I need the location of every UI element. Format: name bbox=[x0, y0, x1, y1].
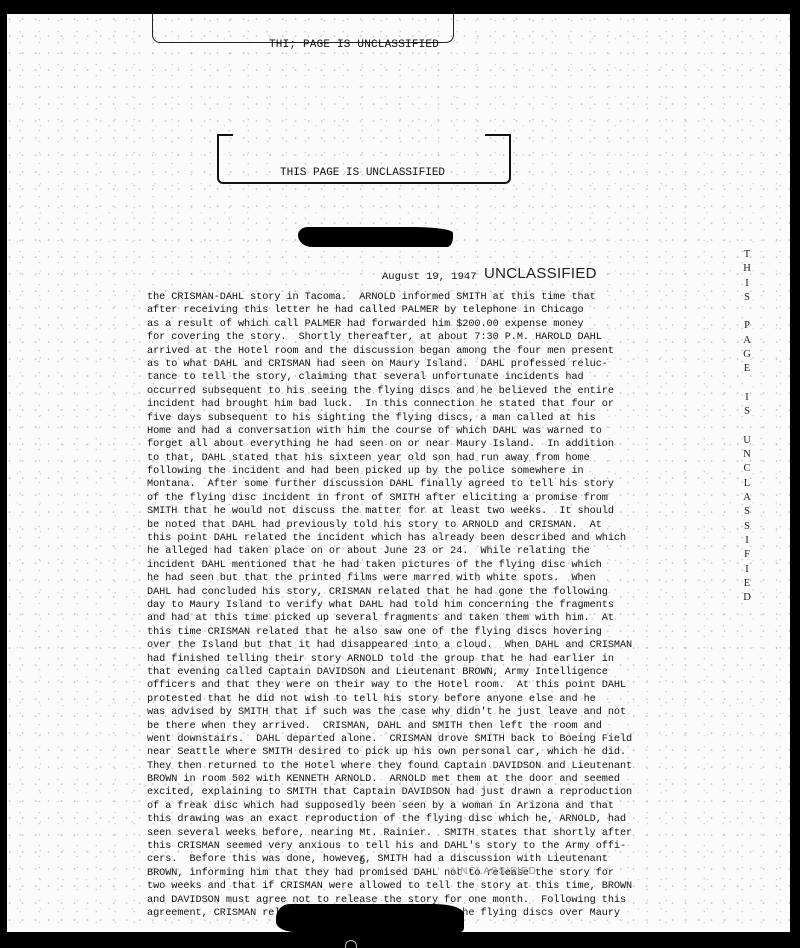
faint-unclassified-stamp: UNCLASSIFIED bbox=[452, 866, 537, 877]
body-line: day to Maury Island to verify what DAHL … bbox=[147, 599, 747, 612]
body-line: the CRISMAN-DAHL story in Tacoma. ARNOLD… bbox=[147, 291, 747, 304]
body-line: following the incident and had been pick… bbox=[147, 465, 747, 478]
stamp-letter: T bbox=[740, 248, 754, 262]
body-line: went downstairs. DAHL departed alone. CR… bbox=[147, 733, 747, 746]
body-line: They then returned to the Hotel where th… bbox=[147, 760, 747, 773]
stamp-letter: D bbox=[740, 591, 754, 605]
stamp-letter: I bbox=[740, 563, 754, 577]
stamp-letter: A bbox=[740, 334, 754, 348]
classification-stamp-text: THIS PAGE IS UNCLASSIFIED bbox=[280, 167, 445, 179]
body-line: be there when they arrived. CRISMAN, DAH… bbox=[147, 720, 747, 733]
body-line: protested that he did not wish to tell h… bbox=[147, 693, 747, 706]
stamp-letter: E bbox=[740, 362, 754, 376]
stamp-letter: N bbox=[740, 448, 754, 462]
stamp-letter: I bbox=[740, 391, 754, 405]
body-line: was advised by SMITH that if such was th… bbox=[147, 706, 747, 719]
body-line: SMITH that he would not discuss the matt… bbox=[147, 505, 747, 518]
word-gap bbox=[740, 305, 754, 319]
body-line: occurred subsequent to his seeing the fl… bbox=[147, 385, 747, 398]
body-line: tance to tell the story, claiming that s… bbox=[147, 371, 747, 384]
body-line: he had seen but that the printed films w… bbox=[147, 572, 747, 585]
word-gap bbox=[740, 420, 754, 434]
stamp-letter: H bbox=[740, 262, 754, 276]
body-line: incident DAHL mentioned that he had take… bbox=[147, 559, 747, 572]
stamp-letter: U bbox=[740, 434, 754, 448]
document-date: August 19, 1947 bbox=[382, 271, 477, 283]
body-line: of a freak disc which had supposedly bee… bbox=[147, 800, 747, 813]
body-line: of the flying disc incident in front of … bbox=[147, 492, 747, 505]
body-line: cers. Before this was done, however, SMI… bbox=[147, 853, 747, 866]
stamp-letter: I bbox=[740, 277, 754, 291]
document-body: the CRISMAN-DAHL story in Tacoma. ARNOLD… bbox=[147, 291, 747, 920]
body-line: had finished telling their story ARNOLD … bbox=[147, 653, 747, 666]
body-line: he alleged had taken place on or about J… bbox=[147, 545, 747, 558]
body-line: incident had brought him bad luck. In th… bbox=[147, 398, 747, 411]
body-line: two weeks and that if CRISMAN were allow… bbox=[147, 880, 747, 893]
unclassified-stamp: UNCLASSIFIED bbox=[484, 265, 597, 282]
body-line: to that, DAHL stated that his sixteen ye… bbox=[147, 452, 747, 465]
stamp-letter: C bbox=[740, 462, 754, 476]
body-line: officers and that they were on their way… bbox=[147, 679, 747, 692]
body-line: this drawing was an exact reproduction o… bbox=[147, 813, 747, 826]
vertical-classification-stamp: THISPAGEISUNCLASSIFIED bbox=[740, 248, 754, 605]
body-line: Home and had a conversation with him the… bbox=[147, 425, 747, 438]
body-line: Montana. After some further discussion D… bbox=[147, 478, 747, 491]
word-gap bbox=[740, 377, 754, 391]
body-line: this CRISMAN seemed very anxious to tell… bbox=[147, 840, 747, 853]
page-number: 9 bbox=[359, 856, 365, 868]
body-line: be noted that DAHL had previously told h… bbox=[147, 519, 747, 532]
stamp-letter: A bbox=[740, 491, 754, 505]
body-line: for covering the story. Shortly thereaft… bbox=[147, 331, 747, 344]
stamp-letter: S bbox=[740, 520, 754, 534]
body-line: near Seattle where SMITH desired to pick… bbox=[147, 746, 747, 759]
body-line: five days subsequent to his sighting the… bbox=[147, 412, 747, 425]
body-line: forget all about everything he had seen … bbox=[147, 438, 747, 451]
stamp-letter: S bbox=[740, 405, 754, 419]
document-page: THI; PAGE IS UNCLASSIFIED THIS PAGE IS U… bbox=[7, 14, 790, 932]
body-line: that evening called Captain DAVIDSON and… bbox=[147, 666, 747, 679]
body-line: BROWN in room 502 with KENNETH ARNOLD. A… bbox=[147, 773, 747, 786]
body-line: after receiving this letter he had calle… bbox=[147, 304, 747, 317]
punch-hole-mark bbox=[345, 940, 357, 948]
body-line: over the Island but that it had disappea… bbox=[147, 639, 747, 652]
body-line: this point DAHL related the incident whi… bbox=[147, 532, 747, 545]
body-line: BROWN, informing him that they had promi… bbox=[147, 867, 747, 880]
stamp-letter: E bbox=[740, 577, 754, 591]
stamp-letter: S bbox=[740, 291, 754, 305]
body-line: as a result of which call PALMER had for… bbox=[147, 318, 747, 331]
body-line: excited, explaining to SMITH that Captai… bbox=[147, 786, 747, 799]
body-line: seen several weeks before, nearing Mt. R… bbox=[147, 827, 747, 840]
stamp-letter: I bbox=[740, 534, 754, 548]
stamp-letter: S bbox=[740, 505, 754, 519]
top-classification-stamp: THI; PAGE IS UNCLASSIFIED bbox=[269, 39, 439, 51]
redaction-bar-top bbox=[298, 227, 453, 247]
body-line: and had at this time picked up several f… bbox=[147, 612, 747, 625]
redaction-bar-bottom bbox=[276, 904, 464, 932]
stamp-letter: G bbox=[740, 348, 754, 362]
body-line: DAHL had concluded his story, CRISMAN re… bbox=[147, 586, 747, 599]
stamp-letter: L bbox=[740, 477, 754, 491]
stamp-letter: P bbox=[740, 319, 754, 333]
stamp-letter: F bbox=[740, 548, 754, 562]
body-line: as to what DAHL and CRISMAN had seen on … bbox=[147, 358, 747, 371]
body-line: arrived at the Hotel room and the discus… bbox=[147, 345, 747, 358]
body-line: this time CRISMAN related that he also s… bbox=[147, 626, 747, 639]
